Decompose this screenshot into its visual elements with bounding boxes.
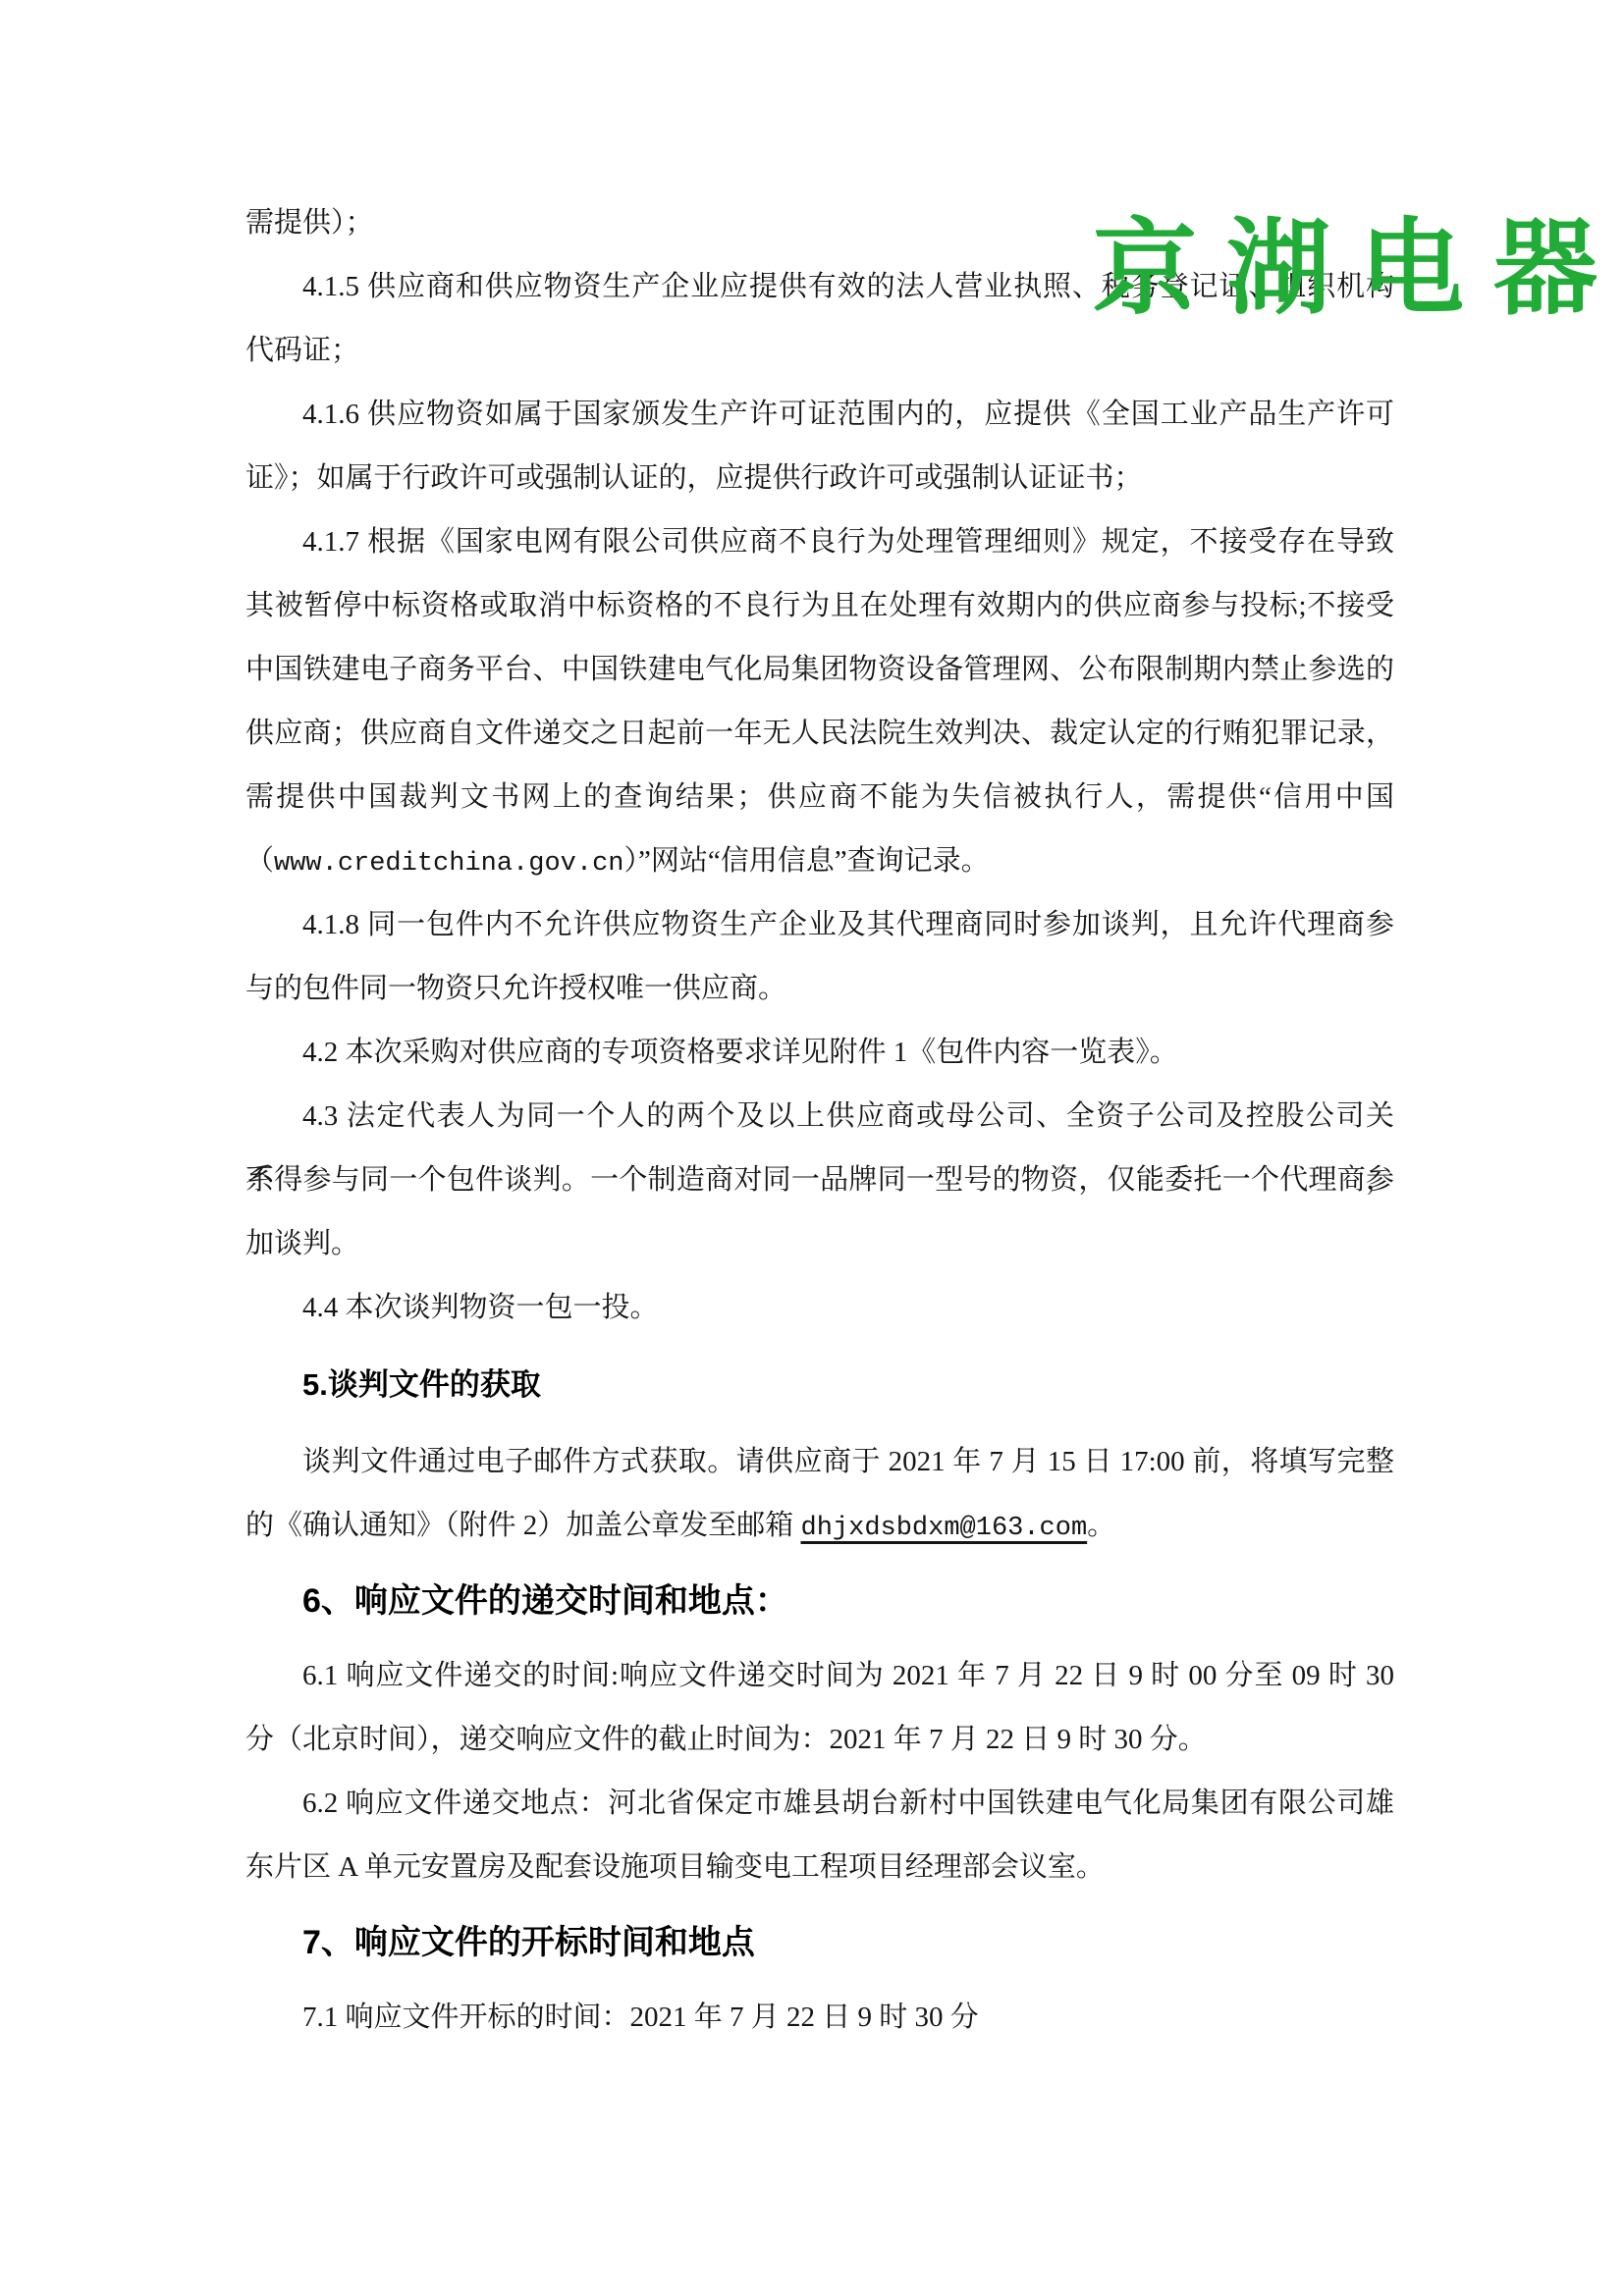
text-line: 供应商；供应商自文件递交之日起前一年无人民法院生效判决、裁定认定的行贿犯罪记录，	[245, 702, 1394, 766]
line-text: ）”网站“信用信息”查询记录。	[623, 845, 989, 877]
line-text: 需提供）；	[245, 207, 374, 239]
text-line: 6.2 响应文件递交地点：河北省保定市雄县胡台新村中国铁建电气化局集团有限公司雄	[245, 1772, 1394, 1836]
section-heading: 6、响应文件的递交时间和地点：	[245, 1558, 1394, 1644]
text-line: 不得参与同一个包件谈判。一个制造商对同一品牌同一型号的物资，仅能委托一个代理商参	[245, 1148, 1394, 1212]
line-text: 与的包件同一物资只允许授权唯一供应商。	[245, 973, 786, 1004]
text-line: 4.3 法定代表人为同一个人的两个及以上供应商或母公司、全资子公司及控股公司关系…	[245, 1085, 1394, 1148]
line-text: 。	[1087, 1510, 1115, 1541]
section-heading: 5.谈判文件的获取	[245, 1340, 1394, 1430]
line-text: 4.1.7 根据《国家电网有限公司供应商不良行为处理管理细则》规定，不接受存在导…	[302, 526, 1394, 558]
text-line: 4.1.8 同一包件内不允许供应物资生产企业及其代理商同时参加谈判，且允许代理商…	[245, 893, 1394, 957]
text-line: 4.1.6 供应物资如属于国家颁发生产许可证范围内的，应提供《全国工业产品生产许…	[245, 383, 1394, 447]
text-line: 6.1 响应文件递交的时间:响应文件递交时间为 2021 年 7 月 22 日 …	[245, 1644, 1394, 1708]
text-line: 4.4 本次谈判物资一包一投。	[245, 1276, 1394, 1340]
text-line: 证》；如属于行政许可或强制认证的，应提供行政许可或强制认证证书；	[245, 447, 1394, 510]
line-text: 其被暂停中标资格或取消中标资格的不良行为且在处理有效期内的供应商参与投标;不接受	[245, 590, 1394, 621]
section-heading: 7、响应文件的开标时间和地点	[245, 1899, 1394, 1986]
url-text: www.creditchina.gov.cn	[274, 849, 623, 879]
text-line: 其被暂停中标资格或取消中标资格的不良行为且在处理有效期内的供应商参与投标;不接受	[245, 574, 1394, 638]
text-line: 分（北京时间），递交响应文件的截止时间为：2021 年 7 月 22 日 9 时…	[245, 1708, 1394, 1772]
line-text: 5.谈判文件的获取	[302, 1367, 541, 1402]
text-line: 加谈判。	[245, 1212, 1394, 1276]
text-line: 中国铁建电子商务平台、中国铁建电气化局集团物资设备管理网、公布限制期内禁止参选的	[245, 638, 1394, 702]
watermark-text: 京湖电器	[1093, 214, 1624, 324]
text-line: （www.creditchina.gov.cn）”网站“信用信息”查询记录。	[245, 829, 1394, 893]
text-line: 7.1 响应文件开标的时间：2021 年 7 月 22 日 9 时 30 分	[245, 1986, 1394, 2050]
line-text: 4.1.8 同一包件内不允许供应物资生产企业及其代理商同时参加谈判，且允许代理商…	[302, 909, 1394, 940]
document-page: 需提供）；4.1.5 供应商和供应物资生产企业应提供有效的法人营业执照、税务登记…	[0, 0, 1624, 2296]
line-text: 7.1 响应文件开标的时间：2021 年 7 月 22 日 9 时 30 分	[302, 2002, 979, 2033]
line-text: 4.4 本次谈判物资一包一投。	[302, 1292, 659, 1323]
line-text: 证》；如属于行政许可或强制认证的，应提供行政许可或强制认证证书；	[245, 462, 1143, 494]
document-body: 需提供）；4.1.5 供应商和供应物资生产企业应提供有效的法人营业执照、税务登记…	[245, 191, 1394, 2050]
line-text: 不得参与同一个包件谈判。一个制造商对同一品牌同一型号的物资，仅能委托一个代理商参	[245, 1164, 1394, 1196]
text-line: 东片区 A 单元安置房及配套设施项目输变电工程项目经理部会议室。	[245, 1836, 1394, 1899]
line-text: 代码证；	[245, 335, 359, 366]
line-text: 7、响应文件的开标时间和地点	[302, 1924, 755, 1961]
line-text: 供应商；供应商自文件递交之日起前一年无人民法院生效判决、裁定认定的行贿犯罪记录，	[245, 718, 1394, 749]
text-line: 的《确认通知》（附件 2）加盖公章发至邮箱 dhjxdsbdxm@163.com…	[245, 1494, 1394, 1558]
line-text: 分（北京时间），递交响应文件的截止时间为：2021 年 7 月 22 日 9 时…	[245, 1724, 1207, 1755]
line-text: 中国铁建电子商务平台、中国铁建电气化局集团物资设备管理网、公布限制期内禁止参选的	[245, 654, 1394, 685]
text-line: 4.2 本次采购对供应商的专项资格要求详见附件 1《包件内容一览表》。	[245, 1021, 1394, 1085]
email-link[interactable]: dhjxdsbdxm@163.com	[801, 1514, 1088, 1543]
line-text: 需提供中国裁判文书网上的查询结果；供应商不能为失信被执行人，需提供“信用中国	[245, 781, 1394, 813]
line-text: 4.1.6 供应物资如属于国家颁发生产许可证范围内的，应提供《全国工业产品生产许…	[302, 399, 1394, 430]
text-line: 与的包件同一物资只允许授权唯一供应商。	[245, 957, 1394, 1021]
text-line: 需提供中国裁判文书网上的查询结果；供应商不能为失信被执行人，需提供“信用中国	[245, 766, 1394, 829]
line-text: 加谈判。	[245, 1228, 359, 1259]
line-text: 谈判文件通过电子邮件方式获取。请供应商于 2021 年 7 月 15 日 17:…	[302, 1446, 1394, 1477]
line-text: 6.1 响应文件递交的时间:响应文件递交时间为 2021 年 7 月 22 日 …	[302, 1660, 1394, 1691]
line-text: 东片区 A 单元安置房及配套设施项目输变电工程项目经理部会议室。	[245, 1851, 1105, 1883]
line-text: 6、响应文件的递交时间和地点：	[302, 1582, 788, 1620]
text-line: 代码证；	[245, 319, 1394, 383]
line-text: （	[245, 845, 274, 877]
text-line: 4.1.7 根据《国家电网有限公司供应商不良行为处理管理细则》规定，不接受存在导…	[245, 510, 1394, 574]
text-line: 谈判文件通过电子邮件方式获取。请供应商于 2021 年 7 月 15 日 17:…	[245, 1430, 1394, 1494]
line-text: 4.2 本次采购对供应商的专项资格要求详见附件 1《包件内容一览表》。	[302, 1037, 1178, 1068]
line-text: 的《确认通知》（附件 2）加盖公章发至邮箱	[245, 1510, 801, 1541]
line-text: 6.2 响应文件递交地点：河北省保定市雄县胡台新村中国铁建电气化局集团有限公司雄	[302, 1788, 1394, 1819]
